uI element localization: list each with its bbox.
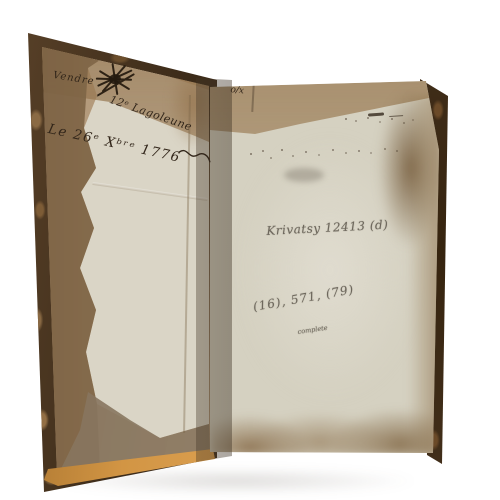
flyleaf-bottom-stain-band [210,400,436,455]
photo-frame: Vendre 12ᵉ Lagoleune Le 26ᵉ Xᵇʳᵉ 1776 o/… [0,0,500,500]
pencil-smudge [284,168,324,182]
inscription-corner-mark: o/x [230,85,245,96]
ink-speck-row-lower [250,153,252,155]
ink-speck-row-upper [345,118,347,120]
